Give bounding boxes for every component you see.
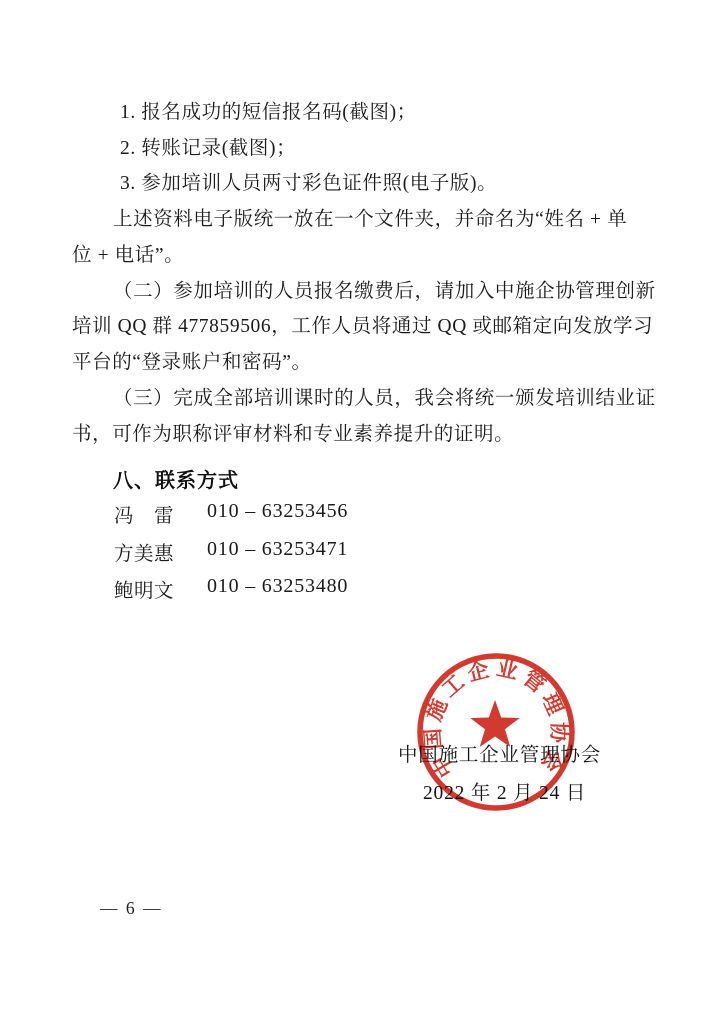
contact-name: 鲍明文 bbox=[114, 575, 192, 603]
body-line: 位 + 电话”。 bbox=[72, 245, 184, 267]
body-line: 上述资料电子版统一放在一个文件夹，并命名为“姓名 + 单 bbox=[113, 209, 627, 231]
body-line: （三）完成全部培训课时的人员，我会将统一颁发培训结业证 bbox=[113, 388, 656, 410]
body-line: 2. 转账记录(截图)； bbox=[120, 138, 296, 160]
star-icon bbox=[470, 700, 519, 747]
official-seal: 中国施工企业管理协会 bbox=[414, 650, 578, 814]
document-page: 1. 报名成功的短信报名码(截图)； 2. 转账记录(截图)； 3. 参加培训人… bbox=[0, 0, 723, 1024]
contacts-section-heading: 八、联系方式 bbox=[113, 464, 239, 493]
body-line: 平台的“登录账户和密码”。 bbox=[72, 352, 312, 374]
contact-row: 方美惠 010 – 63253471 bbox=[0, 538, 723, 562]
body-line: 书，可作为职称评审材料和专业素养提升的证明。 bbox=[72, 424, 514, 446]
contact-name: 方美惠 bbox=[114, 538, 192, 566]
contact-phone: 010 – 63253456 bbox=[207, 500, 348, 523]
contact-phone: 010 – 63253471 bbox=[207, 538, 348, 561]
contact-row: 鲍明文 010 – 63253480 bbox=[0, 575, 723, 599]
contact-name: 冯 雷 bbox=[114, 500, 192, 528]
page-number: — 6 — bbox=[100, 898, 163, 919]
body-line: 3. 参加培训人员两寸彩色证件照(电子版)。 bbox=[120, 173, 497, 195]
contact-row: 冯 雷 010 – 63253456 bbox=[0, 500, 723, 524]
contact-phone: 010 – 63253480 bbox=[207, 575, 348, 598]
body-line: 培训 QQ 群 477859506，工作人员将通过 QQ 或邮箱定向发放学习 bbox=[72, 316, 653, 338]
body-line: （二）参加培训的人员报名缴费后，请加入中施企协管理创新 bbox=[113, 281, 656, 303]
body-line: 1. 报名成功的短信报名码(截图)； bbox=[120, 102, 417, 124]
